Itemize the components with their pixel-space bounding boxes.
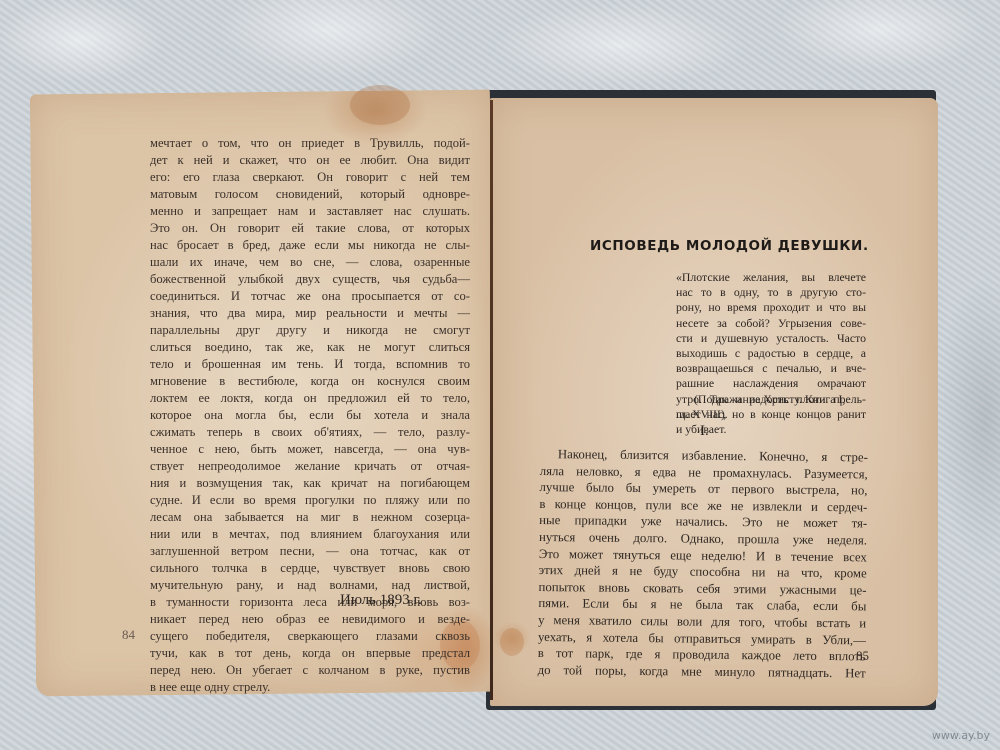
epigraph-line: сти и душевную усталость. Часто [676, 331, 866, 346]
text-line: ствует непреодолимое желание кричать от … [150, 458, 470, 475]
text-line: лесам она забывается на миг в нежном соз… [150, 509, 470, 526]
text-line: менно и запрещает нам и заставляет нас с… [150, 203, 470, 220]
book-spine [490, 100, 493, 700]
text-line: судне. И если во время прогулки по пляжу… [150, 492, 470, 509]
text-line: шали их иначе, чем во сне, — слова, озар… [150, 254, 470, 271]
text-line: соединиться. И тотчас же она просыпается… [150, 288, 470, 305]
text-line: ченное с нею, быть может, навсегда, — он… [150, 441, 470, 458]
text-line: его: его глаза сверкают. Он говорит с не… [150, 169, 470, 186]
stain [350, 85, 410, 125]
text-line: дет к ней и скажет, что он ее любит. Она… [150, 152, 470, 169]
chapter-number: I. [700, 423, 709, 440]
text-line: никает перед нею образ ее невидимого и в… [150, 611, 470, 628]
epigraph-line: «Плотские желания, вы влечете [676, 270, 866, 285]
text-line: ния и возмущения так, как кричат на поги… [150, 475, 470, 492]
epigraph-source: (Подражание Христу. Книга I, гл. XVIII). [676, 392, 866, 422]
text-line: локтем ее локтя, когда он предложил ей т… [150, 390, 470, 407]
text-line: знания, что два мира, мир реальности и м… [150, 305, 470, 322]
text-line: заглушенной ветром песни, — она тотчас, … [150, 543, 470, 560]
text-line: до той поры, когда мне минуло пятнадцать… [538, 662, 866, 682]
text-line: сильного толчка в сердце, чувствует внов… [150, 560, 470, 577]
text-line: сущего победителя, сверкающего глазами с… [150, 628, 470, 645]
text-line: нас бросает в бред, даже если мы никогда… [150, 237, 470, 254]
text-line: мечтает о том, что он приедет в Трувилль… [150, 135, 470, 152]
page-number-right: 85 [856, 648, 869, 664]
text-line: в туманности горизонта леса или моря, вн… [150, 594, 470, 611]
text-line: параллельны друг другу и никогда не смог… [150, 322, 470, 339]
text-line: Это он. Он говорит ей такие слова, от ко… [150, 220, 470, 237]
text-line: мгновение в вестибюле, когда он коснулся… [150, 373, 470, 390]
text-line: в нее еще одну стрелу. [150, 679, 470, 696]
epigraph-line: рону, но время проходит и что вы [676, 300, 866, 315]
text-line: нии или в мечтах, под влиянием благоухан… [150, 526, 470, 543]
text-line: матовым голосом сновидений, который одно… [150, 186, 470, 203]
epigraph-line: нас то в одну, то в другую сто- [676, 285, 866, 300]
text-line: божественной улыбкой двух существ, чья с… [150, 271, 470, 288]
text-line: сжимать теперь в своих об'ятиях, — тело,… [150, 424, 470, 441]
epigraph-line: выходишь с радостью в сердце, а [676, 346, 866, 361]
page-number-left: 84 [122, 627, 135, 643]
text-line: перед нею. Он убегает с колчаном в руке,… [150, 662, 470, 679]
epigraph-source-line: (Подражание Христу. Книга I, [676, 392, 866, 407]
epigraph-line: несете за собой? Угрызения сове- [676, 316, 866, 331]
text-line: мучительную рану, и над волнами, над лис… [150, 577, 470, 594]
epigraph-source-line: гл. XVIII). [676, 407, 866, 422]
watermark: www.ay.by [932, 729, 990, 742]
chapter-title: ИСПОВЕДЬ МОЛОДОЙ ДЕВУШКИ. [590, 238, 869, 254]
date-signature: Июль 1893 г. [340, 592, 422, 609]
right-page-body: Наконец, близится избавление. Конечно, я… [538, 446, 868, 682]
text-line: слиться воедино, так же, как не могут сл… [150, 339, 470, 356]
text-line: тучи, как в тот день, когда он впервые п… [150, 645, 470, 662]
epigraph-line: возвращаешься с печалью, и вче- [676, 361, 866, 376]
left-page-body: мечтает о том, что он приедет в Трувилль… [150, 135, 470, 696]
open-book: мечтает о том, что он приедет в Трувилль… [0, 0, 1000, 750]
epigraph-line: рашние наслаждения омрачают [676, 376, 866, 391]
text-line: которое она могла бы, если бы хотела и з… [150, 407, 470, 424]
text-line: тело и брошенная им тень. И тогда, вспом… [150, 356, 470, 373]
stain [500, 628, 524, 656]
